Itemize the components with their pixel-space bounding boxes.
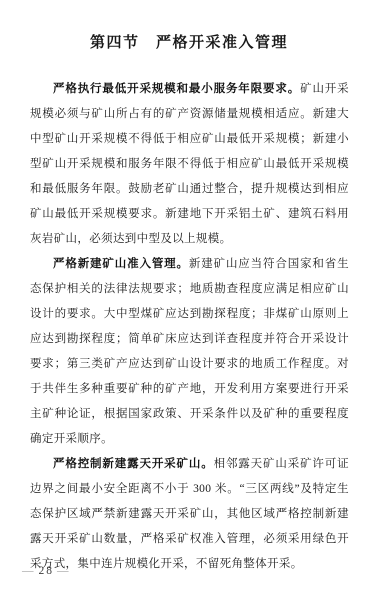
paragraph-text: 矿山开采规模必须与矿山所占有的矿产资源储量规模相适应。新建大中型矿山开采规模不得… <box>30 83 349 245</box>
paragraph-lead: 严格新建矿山准入管理。 <box>53 258 189 270</box>
paragraph-open-pit-control: 严格控制新建露天开采矿山。相邻露天矿山采矿许可证边界之间最小安全距离不小于 30… <box>30 452 349 577</box>
paragraph-new-mine-admission: 严格新建矿山准入管理。新建矿山应当符合国家和省生态保护相关的法律法规要求；地质勘… <box>30 252 349 452</box>
paragraph-text: 新建矿山应当符合国家和省生态保护相关的法律法规要求；地质勘查程度应满足相应矿山设… <box>30 258 349 445</box>
paragraph-lead: 严格执行最低开采规模和最小服务年限要求。 <box>53 83 300 95</box>
section-title: 第四节 严格开采准入管理 <box>0 0 378 52</box>
document-body: 严格执行最低开采规模和最小服务年限要求。矿山开采规模必须与矿山所占有的矿产资源储… <box>30 77 349 577</box>
paragraph-text: 相邻露天矿山采矿许可证边界之间最小安全距离不小于 300 米。“三区两线”及特定… <box>30 458 349 570</box>
paragraph-lead: 严格控制新建露天开采矿山。 <box>53 458 214 470</box>
paragraph-mining-scale: 严格执行最低开采规模和最小服务年限要求。矿山开采规模必须与矿山所占有的矿产资源储… <box>30 77 349 252</box>
document-page: 第四节 严格开采准入管理 严格执行最低开采规模和最小服务年限要求。矿山开采规模必… <box>0 0 378 600</box>
page-number-right-dash: — <box>57 565 71 577</box>
page-number-value: 28 <box>36 565 58 577</box>
page-number-left-dash: — <box>22 565 36 577</box>
page-number: —28— <box>22 565 71 577</box>
